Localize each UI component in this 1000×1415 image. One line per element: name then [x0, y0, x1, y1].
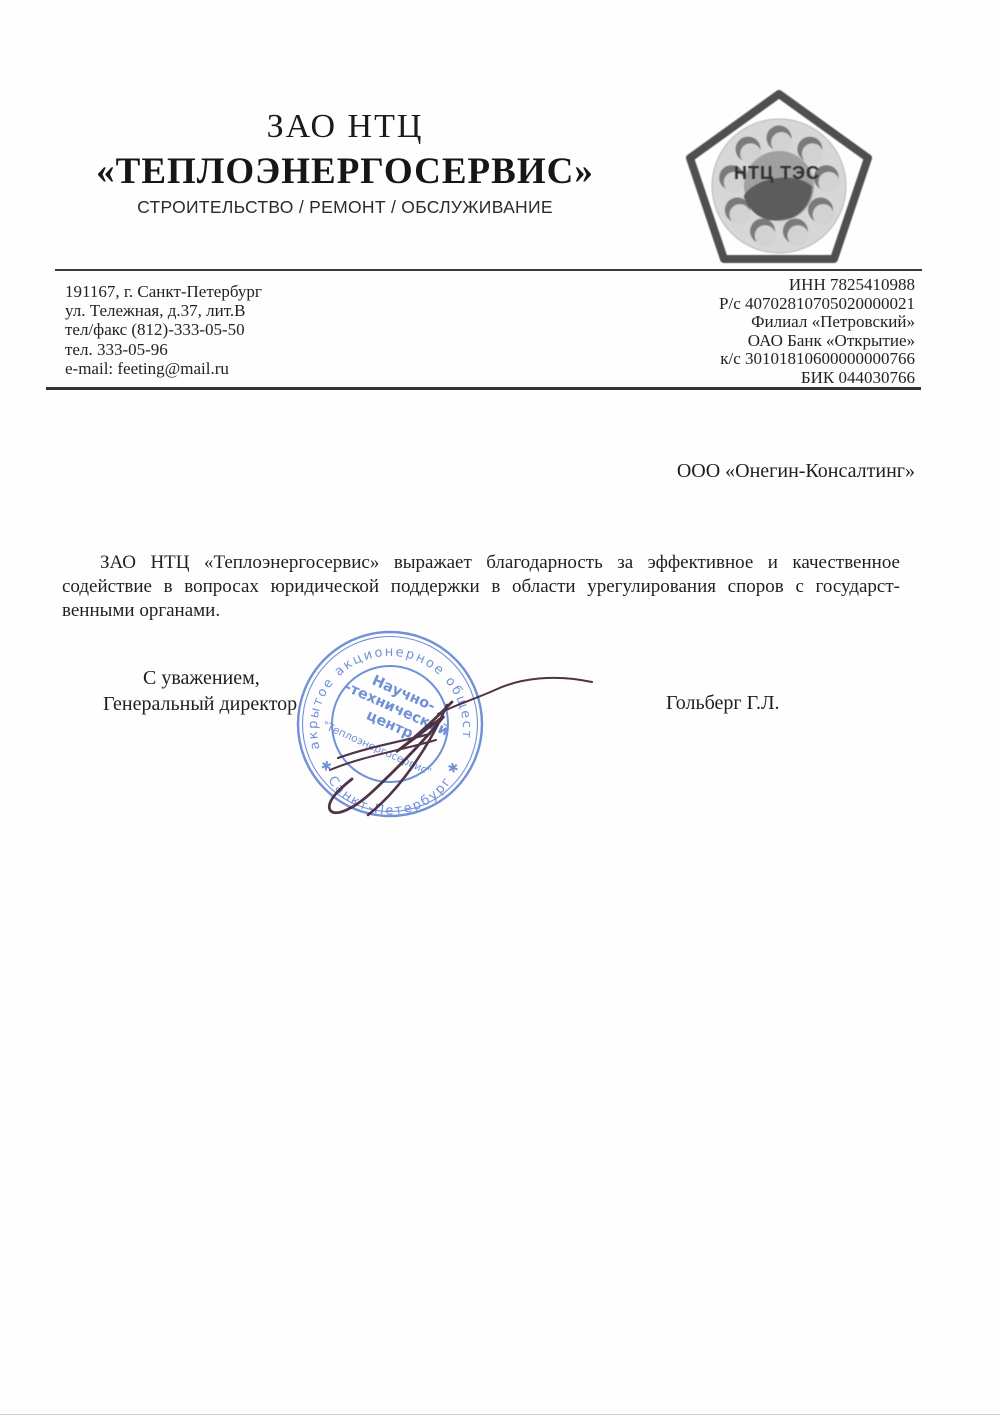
bank-line-bank: ОАО Банк «Открытие»	[580, 332, 915, 351]
bank-details-block: ИНН 7825410988 Р/с 40702810705020000021 …	[580, 276, 915, 387]
letter-body: ЗАО НТЦ «Теплоэнергосервис» выражает бла…	[62, 551, 900, 623]
contact-block: 191167, г. Санкт-Петербург ул. Тележная,…	[65, 282, 262, 378]
bank-line-corr: к/с 30101810600000000766	[580, 350, 915, 369]
contact-line: 191167, г. Санкт-Петербург	[65, 282, 262, 301]
contact-line-email: e-mail: feeting@mail.ru	[65, 359, 262, 378]
logo-text: НТЦ ТЭС	[734, 163, 820, 183]
signer-name: Гольберг Г.Л.	[666, 692, 780, 715]
bank-line-account: Р/с 40702810705020000021	[580, 295, 915, 314]
bank-line-branch: Филиал «Петровский»	[580, 313, 915, 332]
body-line: ЗАО НТЦ «Теплоэнергосервис» выражает бла…	[62, 551, 900, 575]
bank-line-inn: ИНН 7825410988	[580, 276, 915, 295]
closing-phrase: С уважением,	[143, 667, 260, 690]
org-tagline: СТРОИТЕЛЬСТВО / РЕМОНТ / ОБСЛУЖИВАНИЕ	[60, 197, 630, 218]
contact-line: тел. 333-05-96	[65, 340, 262, 359]
letterhead-divider-bottom	[46, 387, 921, 390]
org-name: «ТЕПЛОЭНЕРГОСЕРВИС»	[40, 150, 650, 193]
body-line: содействие в вопросах юридической поддер…	[62, 575, 900, 599]
handwritten-signature	[280, 648, 615, 833]
signer-title: Генеральный директор	[103, 693, 297, 716]
contact-line: ул. Тележная, д.37, лит.В	[65, 301, 262, 320]
contact-line: тел/факс (812)-333-05-50	[65, 320, 262, 339]
bank-line-bik: БИК 044030766	[580, 369, 915, 388]
company-logo-icon: НТЦ ТЭС	[683, 85, 875, 267]
addressee: ООО «Онегин-Консалтинг»	[590, 460, 915, 483]
letterhead-divider-top	[55, 269, 922, 271]
scanned-letter-page: ЗАО НТЦ «ТЕПЛОЭНЕРГОСЕРВИС» СТРОИТЕЛЬСТВ…	[0, 0, 1000, 1415]
org-type: ЗАО НТЦ	[60, 108, 630, 146]
